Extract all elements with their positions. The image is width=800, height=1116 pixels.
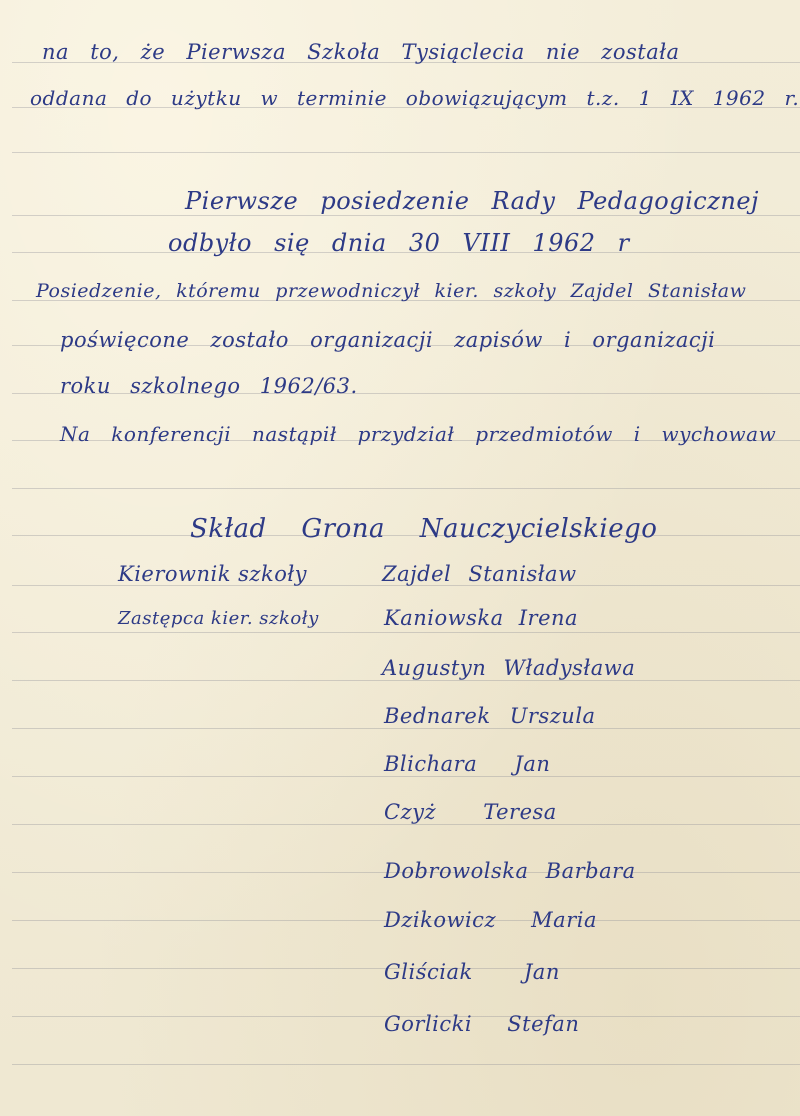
meeting-heading: Pierwsze posiedzenie Rady Pedagogicznej [185, 187, 759, 215]
teacher-name: Czyż Teresa [384, 800, 557, 824]
ruled-line [12, 215, 800, 216]
ruled-line [12, 1064, 800, 1065]
role-label: Zastępca kier. szkoły [118, 608, 319, 629]
document-page: ​ na to, że Pierwsza Szkoła Tysiąclecia … [0, 0, 800, 1116]
text-line: na to, że Pierwsza Szkoła Tysiąclecia ni… [42, 40, 680, 64]
ruled-line [12, 152, 800, 153]
staff-name: Kaniowska Irena [384, 606, 578, 630]
meeting-date: odbyło się dnia 30 VIII 1962 r [168, 229, 630, 257]
ruled-line [12, 680, 800, 681]
teacher-name: Bednarek Urszula [384, 704, 596, 728]
teacher-name: Dzikowicz Maria [384, 908, 597, 932]
ruled-line [12, 632, 800, 633]
role-label: Kierownik szkoły [118, 562, 307, 586]
staff-section-title: Skład Grona Nauczycielskiego [190, 514, 657, 544]
text-line: Na konferencji nastąpił przydział przedm… [60, 422, 776, 446]
teacher-name: Blichara Jan [384, 752, 550, 776]
ruled-line [12, 824, 800, 825]
teacher-name: Gorlicki Stefan [384, 1012, 579, 1036]
ruled-line [12, 488, 800, 489]
ruled-line [12, 728, 800, 729]
teacher-name: Augustyn Władysława [382, 656, 635, 680]
ruled-line [12, 776, 800, 777]
text-line: oddana do użytku w terminie obowiązujący… [30, 86, 799, 110]
teacher-name: Gliściak Jan [384, 960, 560, 984]
teacher-name: Dobrowolska Barbara [384, 859, 636, 883]
text-line: roku szkolnego 1962/63. [60, 374, 358, 398]
text-line: poświęcone zostało organizacji zapisów i… [60, 328, 715, 352]
text-line: Posiedzenie, któremu przewodniczył kier.… [36, 280, 746, 302]
staff-name: Zajdel Stanisław [382, 562, 577, 586]
